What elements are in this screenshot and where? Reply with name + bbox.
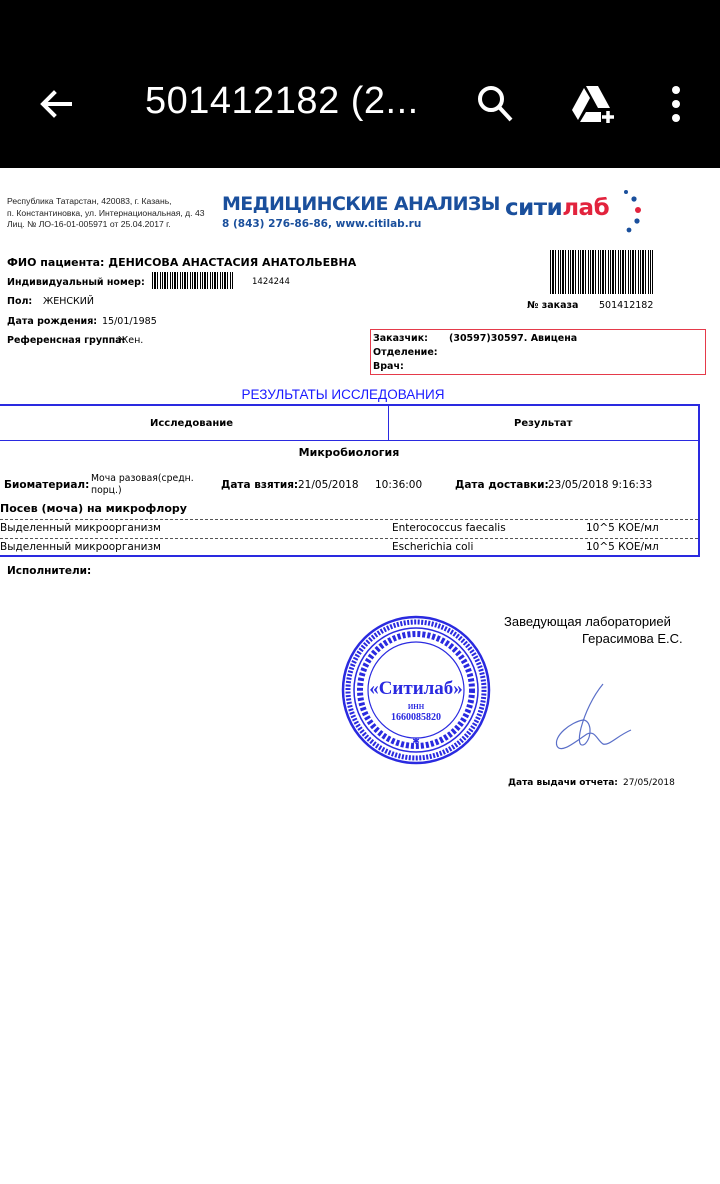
license-line: Лиц. № ЛО-16-01-005971 от 25.04.2017 г. [7, 219, 205, 231]
search-icon[interactable] [474, 82, 518, 126]
column-header-result: Результат [514, 418, 572, 429]
lab-stamp: «Ситилаб» ИНН 1660085820 ✱ [340, 614, 492, 766]
brand-contacts: 8 (843) 276-86-86, www.citilab.ru [222, 218, 421, 230]
row-divider [0, 538, 698, 539]
biomaterial-line: Моча разовая(средн. [91, 473, 194, 485]
issue-date: Дата выдачи отчета: 27/05/2018 [508, 770, 675, 789]
drive-add-icon[interactable] [568, 82, 616, 126]
svg-text:«Ситилаб»: «Ситилаб» [369, 678, 463, 699]
results-title: РЕЗУЛЬТАТЫ ИССЛЕДОВАНИЯ [0, 387, 686, 402]
issue-date-label: Дата выдачи отчета: [508, 778, 618, 788]
issue-date-value: 27/05/2018 [623, 778, 675, 788]
logo-dots-icon [620, 188, 648, 236]
biomaterial-label: Биоматериал: [4, 479, 89, 491]
taken-time: 10:36:00 [375, 479, 422, 491]
performers-label: Исполнители: [7, 565, 91, 577]
svg-text:ИНН: ИНН [408, 703, 425, 711]
delivered-label: Дата доставки: [455, 479, 549, 491]
taken-date: 21/05/2018 [298, 479, 359, 491]
ref-group-value: Жен. [118, 335, 143, 346]
row-1-value: 10^5 КОЕ/мл [586, 522, 659, 534]
biomaterial-line: порц.) [91, 485, 194, 497]
address-line: п. Константиновка, ул. Интернациональная… [7, 208, 205, 220]
customer-value: (30597)30597. Авицена [449, 333, 577, 344]
row-divider [0, 519, 698, 520]
biomaterial-value: Моча разовая(средн. порц.) [91, 473, 194, 497]
address-line: Республика Татарстан, 420083, г. Казань, [7, 196, 205, 208]
more-vert-icon[interactable] [662, 84, 690, 124]
department-label: Отделение: [373, 347, 438, 358]
sex-value: ЖЕНСКИЙ [43, 296, 94, 307]
logo-part-1: сити [505, 195, 562, 221]
head-title: Заведующая лабораторией [504, 614, 671, 629]
fio-label: ФИО пациента: [7, 256, 104, 269]
doctor-label: Врач: [373, 361, 404, 372]
document-title: 501412182 (2... [145, 80, 419, 123]
row-2-name: Выделенный микроорганизм [0, 541, 161, 553]
lab-address: Республика Татарстан, 420083, г. Казань,… [7, 196, 205, 231]
dob-label: Дата рождения: [7, 316, 97, 327]
section-title: Микробиология [0, 446, 698, 459]
row-2-organism: Escherichia coli [392, 541, 473, 553]
brand-title: МЕДИЦИНСКИЕ АНАЛИЗЫ [222, 193, 500, 215]
customer-label: Заказчик: [373, 333, 428, 344]
row-1-organism: Enterococcus faecalis [392, 522, 506, 534]
signature [545, 678, 645, 758]
delivered-value: 23/05/2018 9:16:33 [548, 479, 652, 491]
order-number-value: 501412182 [599, 300, 653, 311]
svg-text:1660085820: 1660085820 [391, 712, 441, 723]
citilab-logo: ситилаб [505, 195, 609, 221]
results-table: Исследование Результат Микробиология Био… [0, 404, 700, 557]
taken-label: Дата взятия: [221, 479, 298, 491]
id-value: 1424244 [252, 277, 290, 287]
column-divider [388, 406, 389, 440]
order-barcode [550, 250, 653, 294]
back-arrow-icon[interactable] [36, 84, 76, 124]
logo-part-2: лаб [562, 195, 609, 221]
head-name: Герасимова Е.С. [582, 631, 683, 646]
fio-value: ДЕНИСОВА АНАСТАСИЯ АНАТОЛЬЕВНА [108, 256, 356, 269]
svg-text:✱: ✱ [412, 737, 420, 747]
row-2-value: 10^5 КОЕ/мл [586, 541, 659, 553]
sex-label: Пол: [7, 296, 32, 307]
order-number-label: № заказа [527, 300, 578, 311]
row-1-name: Выделенный микроорганизм [0, 522, 161, 534]
id-label: Индивидуальный номер: [7, 277, 145, 288]
test-name: Посев (моча) на микрофлору [0, 502, 187, 515]
id-barcode [152, 272, 234, 289]
app-bar: 501412182 (2... [0, 0, 720, 168]
column-header-study: Исследование [150, 418, 233, 429]
dob-value: 15/01/1985 [102, 316, 157, 327]
header-divider [0, 440, 698, 441]
patient-fio: ФИО пациента: ДЕНИСОВА АНАСТАСИЯ АНАТОЛЬ… [7, 256, 356, 269]
ref-group-label: Референсная группа: [7, 335, 125, 346]
